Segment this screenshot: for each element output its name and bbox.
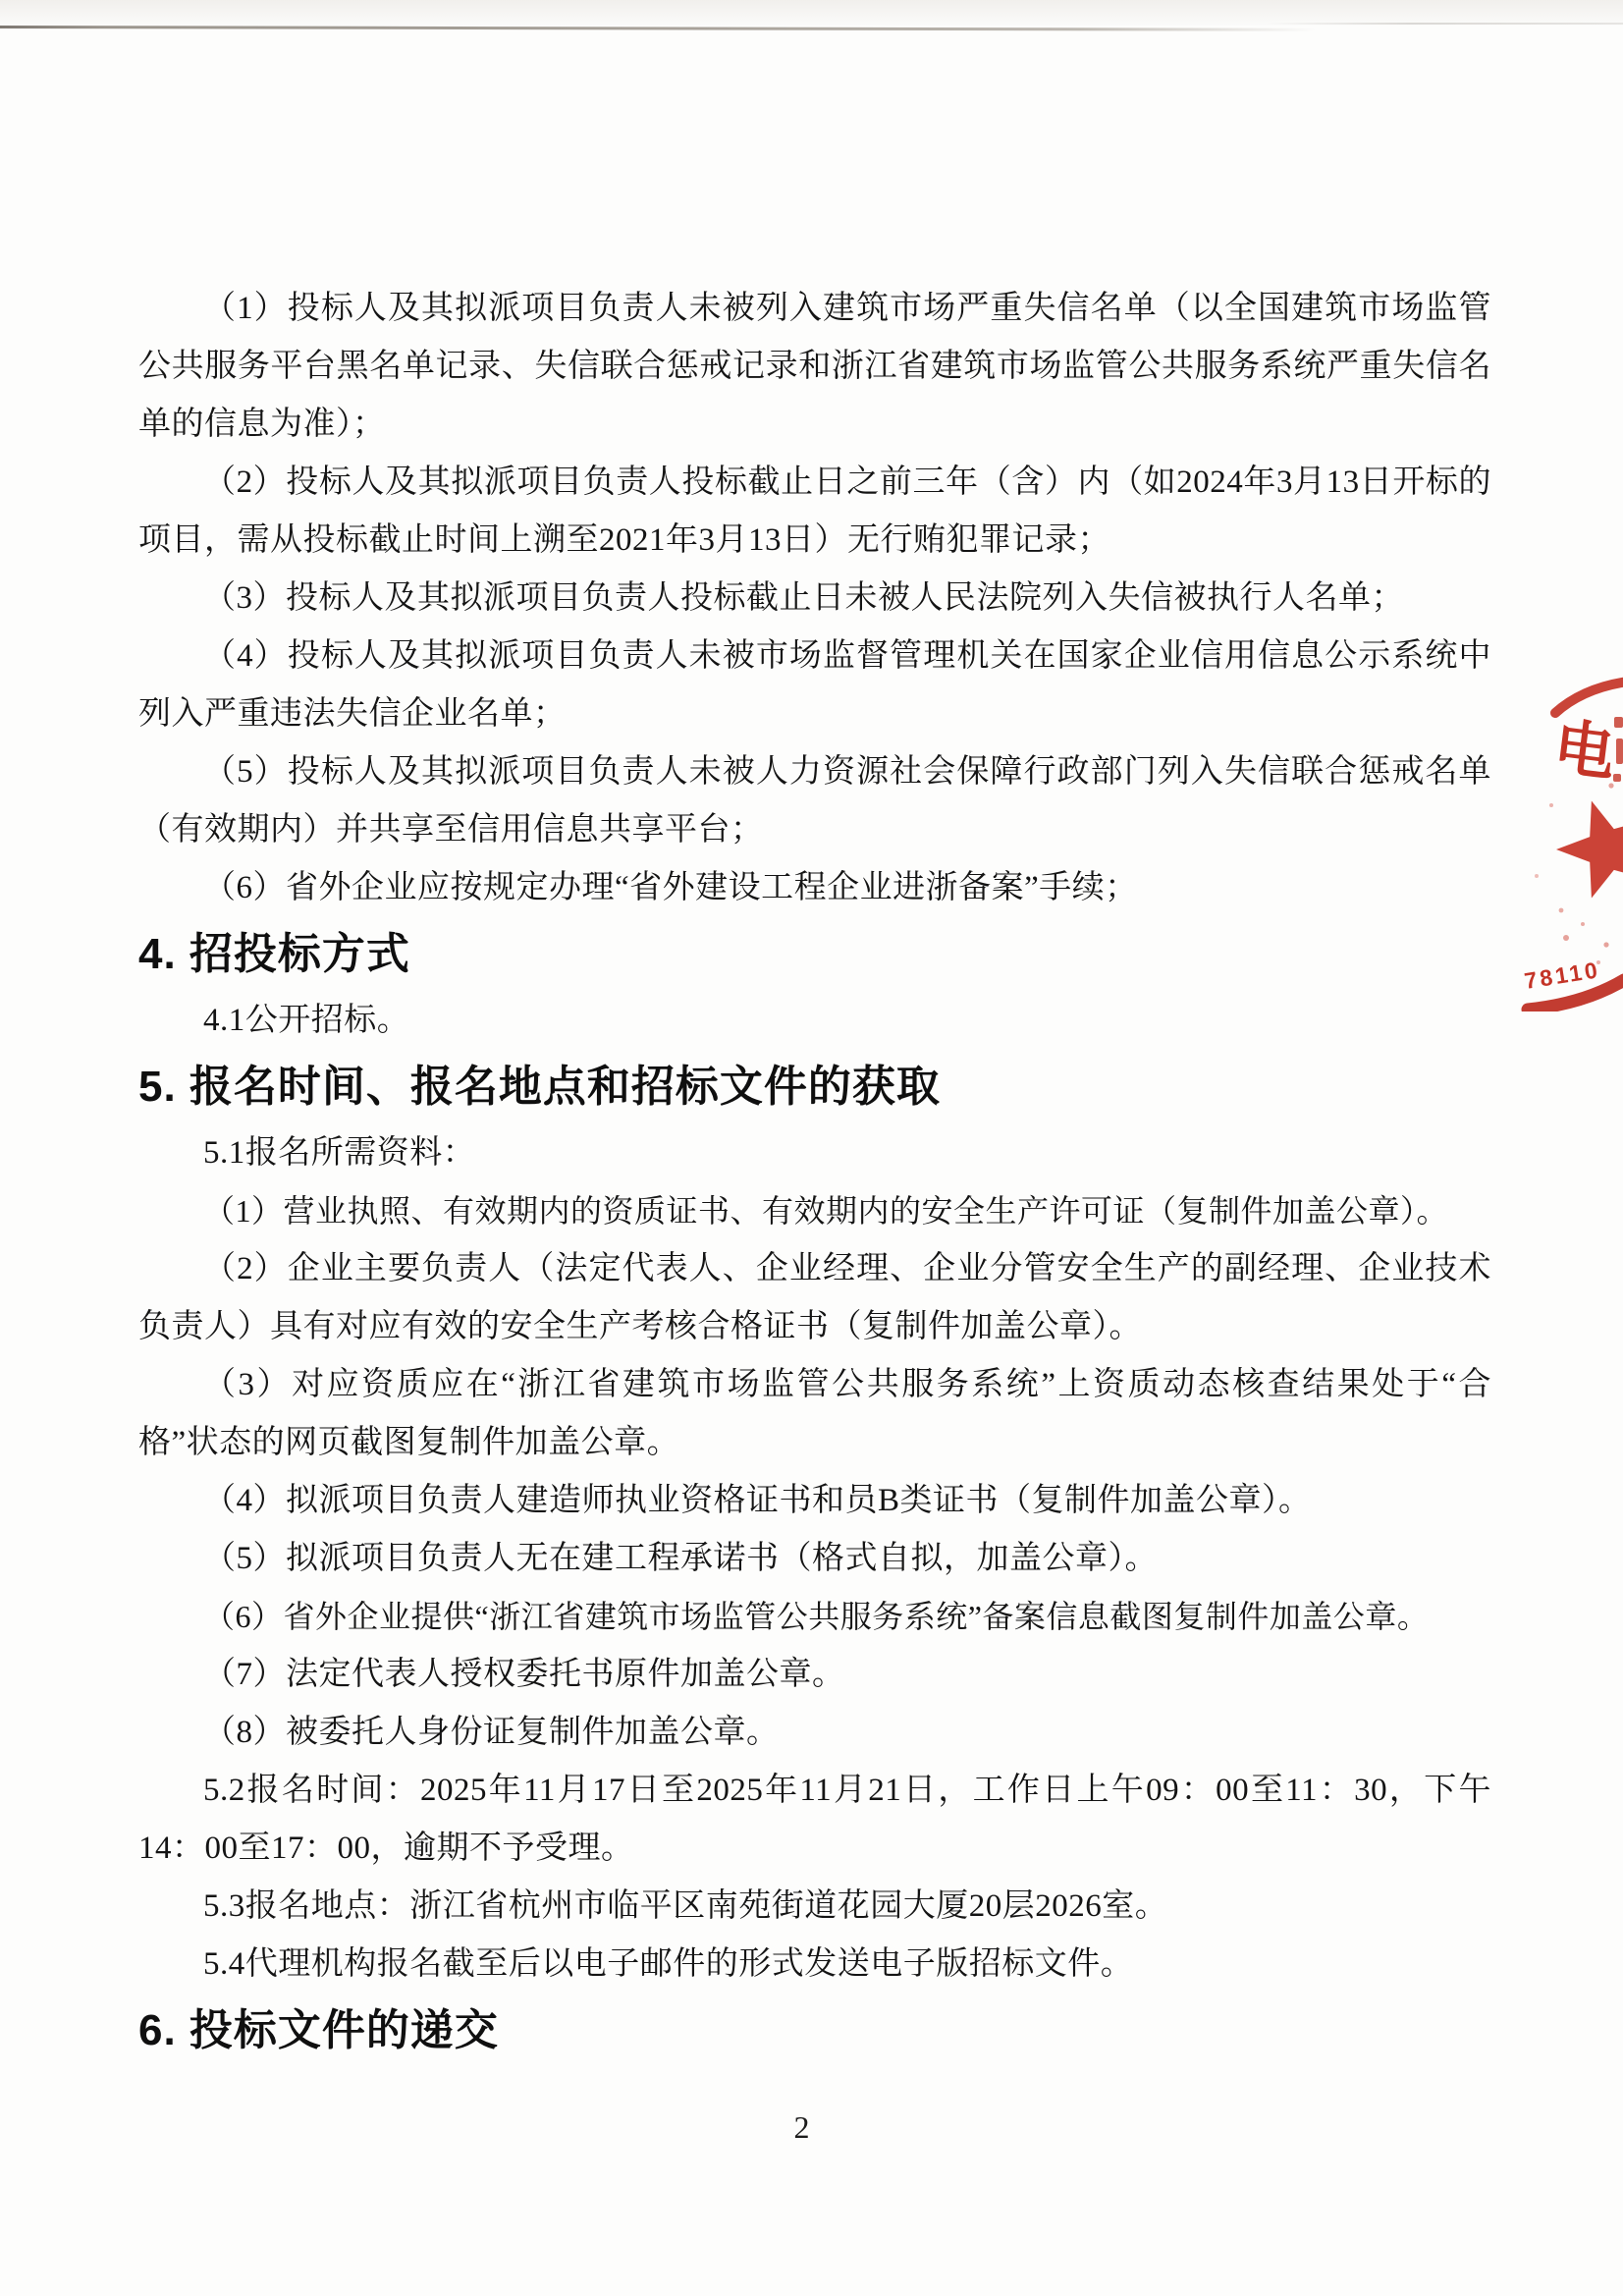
clause-paragraph: 5.3报名地点：浙江省杭州市临平区南苑街道花园大厦20层2026室。 bbox=[138, 1878, 1491, 1936]
clause-paragraph: 5.4代理机构报名截至后以电子邮件的形式发送电子版招标文件。 bbox=[138, 1936, 1491, 1994]
clause-paragraph: （3）对应资质应在“浙江省建筑市场监管公共服务系统”上资质动态核查结果处于“合格… bbox=[138, 1356, 1491, 1472]
clause-paragraph: 5.2报名时间：2025年11月17日至2025年11月21日，工作日上午09：… bbox=[138, 1762, 1491, 1878]
clause-paragraph: （3）投标人及其拟派项目负责人投标截止日未被人民法院列入失信被执行人名单； bbox=[138, 570, 1491, 628]
clause-paragraph: （4）拟派项目负责人建造师执业资格证书和员B类证书（复制件加盖公章）。 bbox=[138, 1472, 1491, 1530]
section-heading-5: 5. 报名时间、报名地点和招标文件的获取 bbox=[138, 1050, 1491, 1124]
clause-paragraph: 4.1公开招标。 bbox=[138, 992, 1491, 1050]
document-body: （1）投标人及其拟派项目负责人未被列入建筑市场严重失信名单（以全国建筑市场监管公… bbox=[138, 280, 1491, 2068]
page-footer: 2 bbox=[0, 2109, 1623, 2146]
page-number: 2 bbox=[794, 2109, 810, 2146]
clause-paragraph: （2）企业主要负责人（法定代表人、企业经理、企业分管安全生产的副经理、企业技术负… bbox=[138, 1240, 1491, 1356]
clause-paragraph: （5）拟派项目负责人无在建工程承诺书（格式自拟，加盖公章）。 bbox=[138, 1530, 1491, 1588]
clause-paragraph: （4）投标人及其拟派项目负责人未被市场监督管理机关在国家企业信用信息公示系统中列… bbox=[138, 628, 1491, 743]
section-heading-4: 4. 招投标方式 bbox=[138, 917, 1491, 992]
scan-artifact-line-faint bbox=[1267, 23, 1623, 25]
seal-arc-top bbox=[1555, 682, 1623, 713]
seal-character: 电 bbox=[1550, 714, 1619, 789]
clause-paragraph: （2）投标人及其拟派项目负责人投标截止日之前三年（含）内（如2024年3月13日… bbox=[138, 454, 1491, 570]
scanned-document-page: （1）投标人及其拟派项目负责人未被列入建筑市场严重失信名单（以全国建筑市场监管公… bbox=[0, 0, 1623, 2296]
clause-paragraph: （1）营业执照、有效期内的资质证书、有效期内的安全生产许可证（复制件加盖公章）。 bbox=[138, 1182, 1491, 1240]
seal-star-icon bbox=[1556, 801, 1623, 899]
clause-paragraph: 5.1报名所需资料： bbox=[138, 1124, 1491, 1182]
scan-artifact-line bbox=[0, 26, 1316, 31]
clause-paragraph: （5）投标人及其拟派项目负责人未被人力资源社会保障行政部门列入失信联合惩戒名单（… bbox=[138, 743, 1491, 859]
seal-serial-digits: 78110 bbox=[1523, 957, 1602, 994]
clause-paragraph: （1）投标人及其拟派项目负责人未被列入建筑市场严重失信名单（以全国建筑市场监管公… bbox=[138, 280, 1491, 454]
clause-paragraph: （6）省外企业应按规定办理“省外建设工程企业进浙备案”手续； bbox=[138, 859, 1491, 917]
clause-paragraph: （7）法定代表人授权委托书原件加盖公章。 bbox=[138, 1646, 1491, 1704]
clause-paragraph: （6）省外企业提供“浙江省建筑市场监管公共服务系统”备案信息截图复制件加盖公章。 bbox=[138, 1588, 1491, 1646]
red-seal-stamp: 电 78110 bbox=[1512, 629, 1623, 1011]
section-heading-6: 6. 投标文件的递交 bbox=[138, 1994, 1491, 2068]
clause-paragraph: （8）被委托人身份证复制件加盖公章。 bbox=[138, 1704, 1491, 1762]
